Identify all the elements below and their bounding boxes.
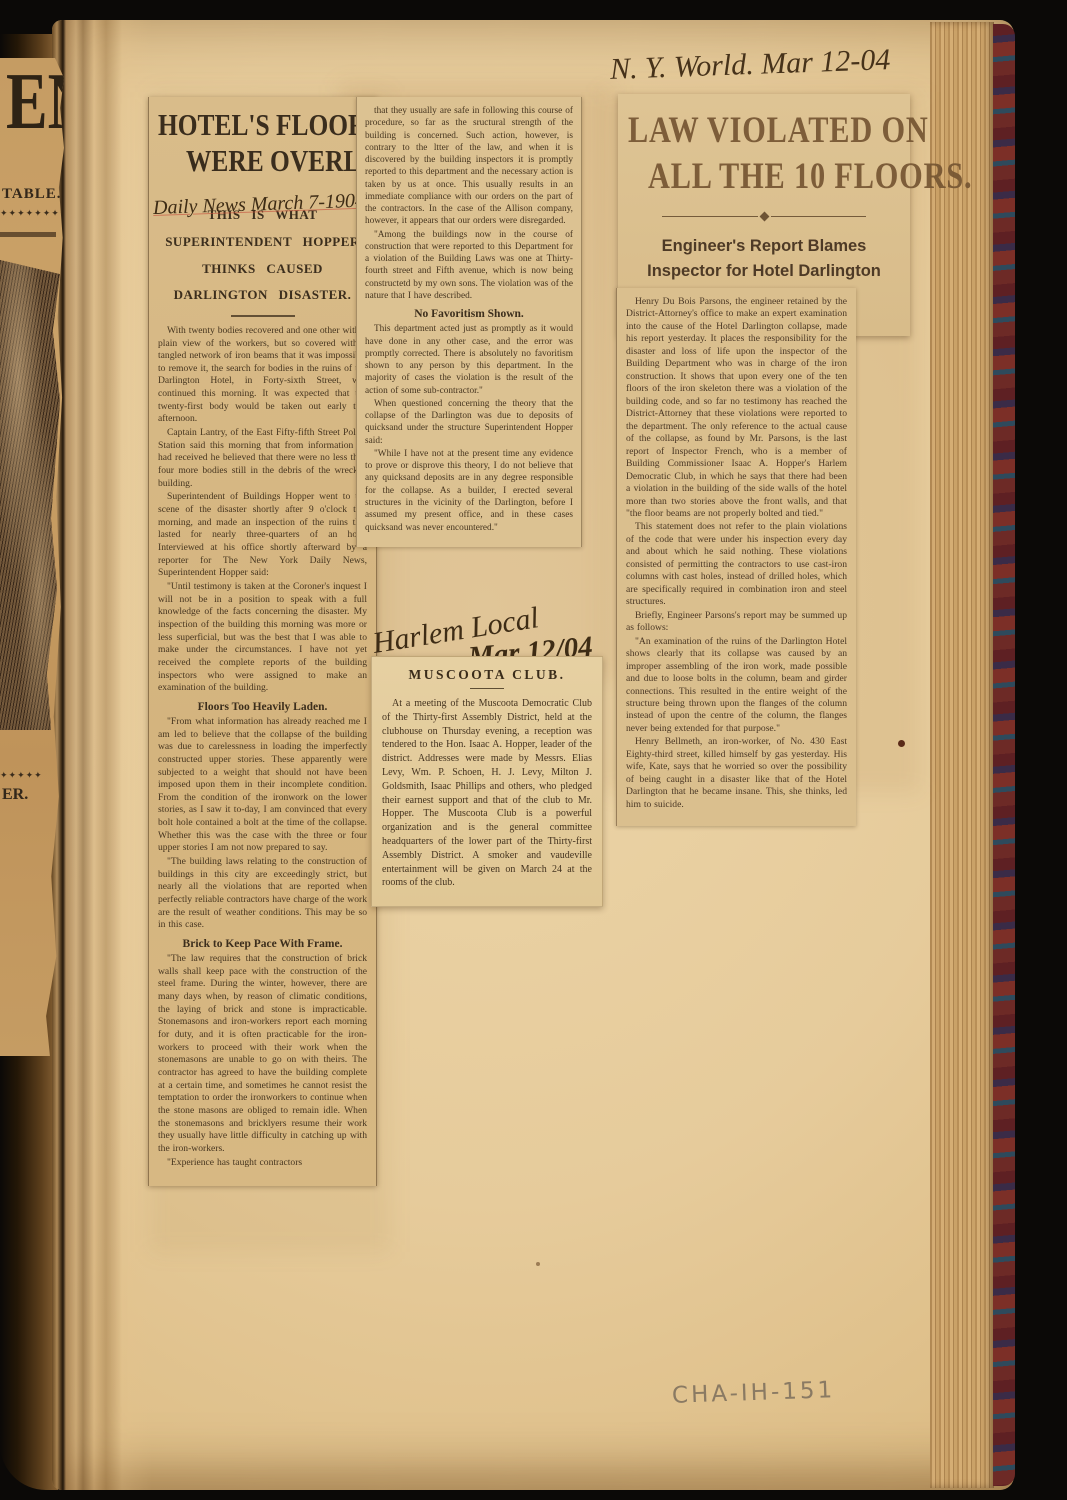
article-body-col1: With twenty bodies recovered and one oth…: [158, 325, 367, 1169]
ornament-row: ✦✦✦✦✦✦✦✦✦✦✦: [0, 208, 62, 219]
crosshead: Floors Too Heavily Laden.: [158, 701, 367, 713]
paragraph: At a meeting of the Muscoota Democratic …: [382, 697, 592, 890]
headline-muscoota: MUSCOOTA CLUB.: [382, 667, 592, 683]
headline-line1: HOTEL'S FLOORS: [158, 107, 329, 143]
ornamental-divider: [662, 213, 866, 220]
paragraph: "The law requires that the construction …: [158, 953, 367, 1156]
paragraph: Superintendent of Buildings Hopper went …: [158, 491, 367, 580]
paragraph: that they usually are safe in following …: [365, 105, 573, 228]
scrapbook-photo: EN TABLE. ✦✦✦✦✦✦✦✦✦✦✦ ✦✦✦✦✦ ER. HOTEL'S …: [0, 0, 1067, 1500]
paragraph: With twenty bodies recovered and one oth…: [158, 325, 367, 426]
paragraph: "Among the buildings now in the course o…: [365, 229, 573, 303]
divider-rule: [231, 315, 295, 317]
diamond-ornament: [759, 211, 769, 221]
page-stack-edge: [930, 22, 994, 1488]
edge-rule: [0, 232, 56, 237]
paragraph: This department acted just as promptly a…: [365, 323, 573, 397]
paragraph: When questioned concerning the theory th…: [365, 398, 573, 447]
edge-clipping-tail: ER.: [2, 786, 28, 804]
clipping-hotel-floors-col2: that they usually are safe in following …: [356, 97, 582, 547]
divider-line: [771, 216, 867, 217]
paragraph: This statement does not refer to the pla…: [626, 521, 847, 608]
marbled-page-edge: [993, 24, 1015, 1486]
clipping-muscoota-club: MUSCOOTA CLUB. At a meeting of the Musco…: [371, 656, 603, 907]
ink-speck: [536, 1262, 540, 1266]
clipping-hotel-floors-col1: HOTEL'S FLOORS WERE OVERLOADED Daily New…: [148, 97, 377, 1186]
paragraph: Henry Du Bois Parsons, the engineer reta…: [626, 296, 847, 520]
clipping-law-violated-body: Henry Du Bois Parsons, the engineer reta…: [616, 288, 856, 826]
headline-line2: ALL THE 10 FLOORS.: [648, 154, 855, 200]
paragraph: Captain Lantry, of the East Fifty-fifth …: [158, 427, 367, 490]
paragraph: Briefly, Engineer Parsons's report may b…: [626, 610, 847, 635]
crosshead: Brick to Keep Pace With Frame.: [158, 938, 367, 950]
edge-clipping-caption: TABLE.: [2, 186, 62, 203]
engraving-image: [0, 260, 60, 730]
divider-line: [662, 216, 758, 217]
paragraph: Henry Bellmeth, an iron-worker, of No. 4…: [626, 736, 847, 811]
paragraph: "Experience has taught contractors: [158, 1157, 367, 1170]
paragraph: "While I have not at the present time an…: [365, 448, 573, 534]
crosshead: No Favoritism Shown.: [365, 308, 573, 320]
paragraph: "Until testimony is taken at the Coroner…: [158, 581, 367, 695]
divider-rule: [470, 688, 504, 689]
binding-gutter: [52, 20, 152, 1490]
headline-line1: LAW VIOLATED ON: [628, 108, 851, 154]
ink-speck: [898, 740, 905, 747]
ornament-row: ✦✦✦✦✦: [0, 770, 62, 781]
paragraph: "The building laws relating to the const…: [158, 856, 367, 932]
article-body-col2: that they usually are safe in following …: [365, 105, 573, 534]
paragraph: "From what information has already reach…: [158, 716, 367, 855]
headline-line2: WERE OVERLOADED: [186, 143, 334, 179]
paragraph: "An examination of the ruins of the Darl…: [626, 636, 847, 736]
